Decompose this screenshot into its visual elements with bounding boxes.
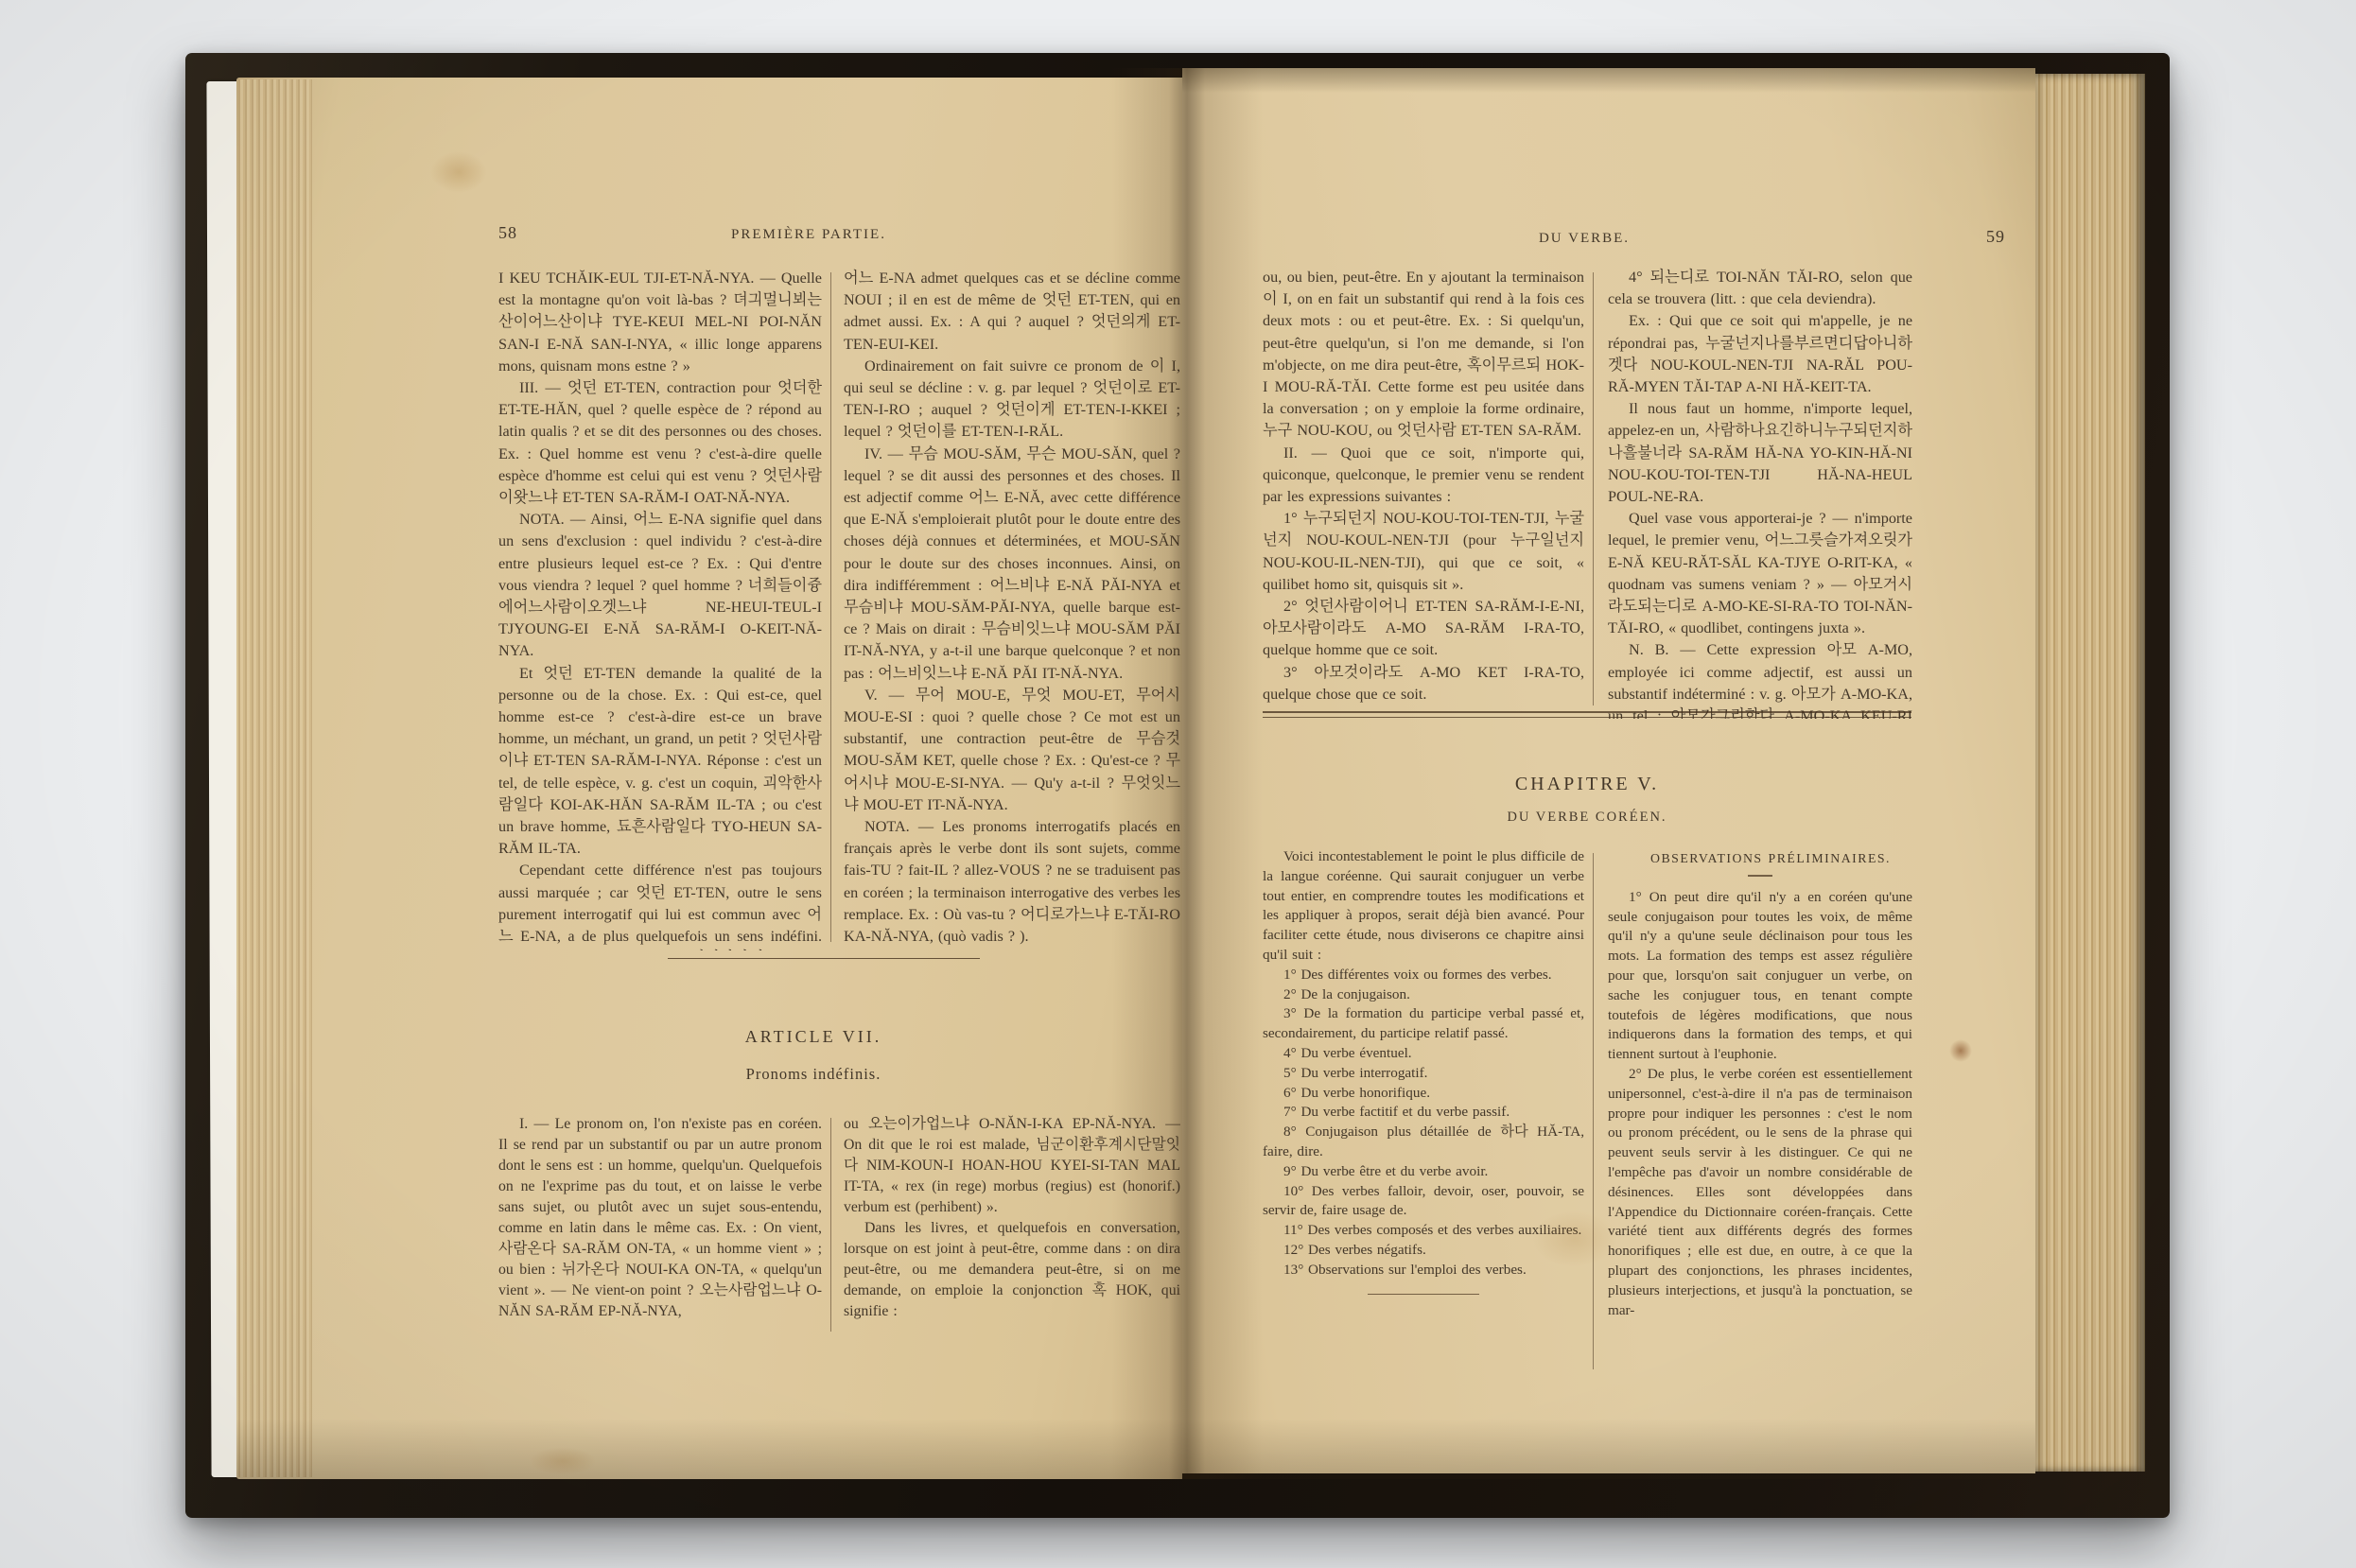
list-item: 10° Des verbes falloir, devoir, oser, po… bbox=[1263, 1182, 1584, 1222]
paragraph: V. — 무어 MOU-E, 무엇 MOU-ET, 무어시 MOU-E-SI :… bbox=[844, 685, 1180, 816]
paragraph: III. — 엇던 ET-TEN, contraction pour 엇더한 E… bbox=[498, 377, 822, 509]
paragraph: I KEU TCHĂIK-EUL TJI-ET-NĂ-NYA. — Quelle… bbox=[498, 268, 822, 377]
left-page-bottom-left-column: I. — Le pronom on, l'on n'existe pas en … bbox=[498, 1114, 822, 1426]
column-divider bbox=[1593, 272, 1594, 706]
section-divider bbox=[668, 958, 980, 959]
paragraph: Voici incontestablement le point le plus… bbox=[1263, 847, 1584, 966]
paragraph: IV. — 무슴 MOU-SĂM, 무슨 MOU-SĂN, quel ? leq… bbox=[844, 444, 1180, 685]
observations-heading: OBSERVATIONS PRÉLIMINAIRES. bbox=[1608, 849, 1912, 869]
list-item: 13° Observations sur l'emploi des verbes… bbox=[1263, 1261, 1584, 1281]
list-item: 3° De la formation du participe verbal p… bbox=[1263, 1004, 1584, 1044]
list-end-rule bbox=[1368, 1294, 1479, 1295]
paragraph: 1° On peut dire qu'il n'y a en coréen qu… bbox=[1608, 888, 1912, 1065]
column-divider bbox=[1593, 853, 1594, 1369]
right-page-bottom-right-column: OBSERVATIONS PRÉLIMINAIRES. 1° On peut d… bbox=[1608, 849, 1912, 1390]
list-item: 8° Conjugaison plus détaillée de 하다 HĂ-T… bbox=[1263, 1123, 1584, 1162]
list-item: 12° Des verbes négatifs. bbox=[1263, 1241, 1584, 1261]
list-item: 5° Du verbe interrogatif. bbox=[1263, 1064, 1584, 1084]
left-page-top-right-column: 어느 E-NA admet quelques cas et se décline… bbox=[844, 268, 1180, 950]
left-page-top-left-column: I KEU TCHĂIK-EUL TJI-ET-NĂ-NYA. — Quelle… bbox=[498, 268, 822, 950]
list-item: 9° Du verbe être et du verbe avoir. bbox=[1263, 1162, 1584, 1182]
paragraph: Ex. : Qui que ce soit qui m'appelle, je … bbox=[1608, 310, 1912, 398]
right-page-edge-stack bbox=[2035, 74, 2145, 1472]
article-subheading: Pronoms indéfinis. bbox=[530, 1065, 1097, 1084]
left-page-bottom-right-column: ou 오는이가업느냐 O-NĂN-I-KA EP-NĂ-NYA. — On di… bbox=[844, 1114, 1180, 1426]
paragraph: I. — Le pronom on, l'on n'existe pas en … bbox=[498, 1114, 822, 1322]
paragraph: 어느 E-NA admet quelques cas et se décline… bbox=[844, 268, 1180, 356]
paragraph: Cependant cette différence n'est pas tou… bbox=[498, 860, 822, 950]
paragraph: 1° 누구되던지 NOU-KOU-TOI-TEN-TJI, 누굴넌지 NOU-K… bbox=[1263, 508, 1584, 596]
chapter-subheading: DU VERBE CORÉEN. bbox=[1303, 810, 1871, 826]
list-item: 6° Du verbe honorifique. bbox=[1263, 1084, 1584, 1104]
paragraph: 2° 엇던사람이어니 ET-TEN SA-RĂM-I-E-NI, 아모사람이라도… bbox=[1263, 596, 1584, 662]
right-running-header: DU VERBE. bbox=[1305, 231, 1863, 247]
left-running-header: PREMIÈRE PARTIE. bbox=[530, 227, 1088, 243]
chapter-divider bbox=[1263, 711, 1911, 718]
list-item: 2° De la conjugaison. bbox=[1263, 985, 1584, 1005]
heading-dash bbox=[1748, 875, 1772, 877]
paragraph: Dans les livres, et quelquefois en conve… bbox=[844, 1218, 1180, 1322]
paragraph: Et 엇던 ET-TEN demande la qualité de la pe… bbox=[498, 663, 822, 861]
paragraph: II. — Quoi que ce soit, n'importe qui, q… bbox=[1263, 443, 1584, 509]
article-heading: ARTICLE VII. bbox=[530, 1027, 1097, 1047]
list-item: 11° Des verbes composés et des verbes au… bbox=[1263, 1221, 1584, 1241]
column-divider bbox=[830, 1118, 831, 1332]
right-page-bottom-left-column: Voici incontestablement le point le plus… bbox=[1263, 847, 1584, 1388]
paragraph: 4° 되는디로 TOI-NĂN TĂI-RO, selon que cela s… bbox=[1608, 267, 1912, 310]
paragraph: 2° De plus, le verbe coréen est essentie… bbox=[1608, 1065, 1912, 1320]
column-divider bbox=[830, 272, 831, 942]
right-page-top-left-column: ou, ou bien, peut-être. En y ajoutant la… bbox=[1263, 267, 1584, 719]
paragraph: Ordinairement on fait suivre ce pronom d… bbox=[844, 356, 1180, 444]
paragraph: NOTA. — Ainsi, 어느 E-NA signifie quel dan… bbox=[498, 509, 822, 662]
left-page-edge-stack bbox=[238, 79, 312, 1477]
list-item: 7° Du verbe factitif et du verbe passif. bbox=[1263, 1103, 1584, 1123]
right-page-top-right-column: 4° 되는디로 TOI-NĂN TĂI-RO, selon que cela s… bbox=[1608, 267, 1912, 719]
paragraph: Il nous faut un homme, n'importe lequel,… bbox=[1608, 398, 1912, 508]
list-item: 1° Des différentes voix ou formes des ve… bbox=[1263, 966, 1584, 985]
book-photo: 58 PREMIÈRE PARTIE. I KEU TCHĂIK-EUL TJI… bbox=[0, 0, 2356, 1568]
paragraph: ou 오는이가업느냐 O-NĂN-I-KA EP-NĂ-NYA. — On di… bbox=[844, 1114, 1180, 1218]
paragraph: NOTA. — Les pronoms interrogatifs placés… bbox=[844, 816, 1180, 948]
paragraph: Quel vase vous apporterai-je ? — n'impor… bbox=[1608, 508, 1912, 639]
paragraph: ou, ou bien, peut-être. En y ajoutant la… bbox=[1263, 267, 1584, 443]
left-page-number: 58 bbox=[498, 223, 517, 243]
list-item: 4° Du verbe éventuel. bbox=[1263, 1044, 1584, 1064]
paragraph: N. B. — Cette expression 아모 A-MO, employ… bbox=[1608, 639, 1912, 719]
paragraph: 3° 아모것이라도 A-MO KET I-RA-TO, quelque chos… bbox=[1263, 662, 1584, 706]
right-page-number: 59 bbox=[1948, 227, 2005, 247]
chapter-heading: CHAPITRE V. bbox=[1303, 774, 1871, 795]
